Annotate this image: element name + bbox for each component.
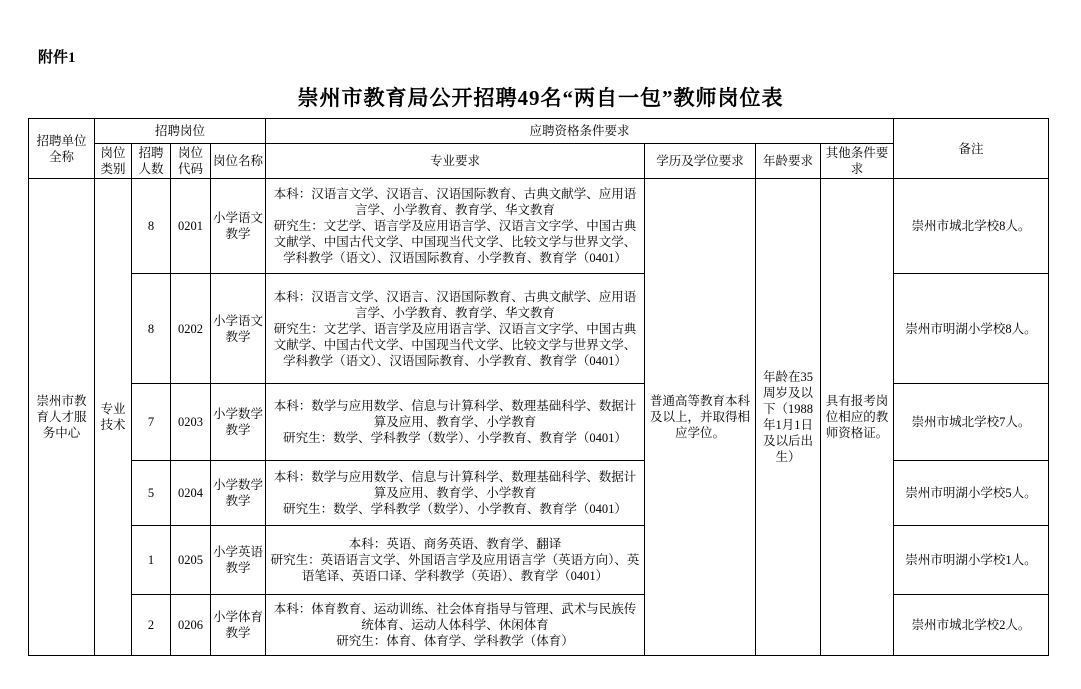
major-requirement-cell: 本科：体育教育、运动训练、社会体育指导与管理、武术与民族传统体育、运动人体科学、… (266, 595, 645, 656)
table-row: 5 0204 小学数学教学 本科：数学与应用数学、信息与计算科学、数理基础科学、… (29, 461, 1049, 526)
col-header-count: 招聘人数 (132, 144, 171, 179)
document-title: 崇州市教育局公开招聘49名“两自一包”教师岗位表 (0, 82, 1081, 112)
category-cell: 专业技术 (95, 179, 132, 656)
job-name-cell: 小学语文教学 (211, 274, 266, 384)
count-cell: 7 (132, 384, 171, 461)
major-requirement-cell: 本科：汉语言文学、汉语言、汉语国际教育、古典文献学、应用语言学、小学教育、教育学… (266, 179, 645, 274)
job-name-cell: 小学英语教学 (211, 526, 266, 595)
remark-cell: 崇州市城北学校2人。 (894, 595, 1049, 656)
count-cell: 8 (132, 274, 171, 384)
table-row: 崇州市教育人才服务中心 专业技术 8 0201 小学语文教学 本科：汉语言文学、… (29, 179, 1049, 274)
unit-name-cell: 崇州市教育人才服务中心 (29, 179, 95, 656)
job-name-cell: 小学体育教学 (211, 595, 266, 656)
count-cell: 8 (132, 179, 171, 274)
age-requirement-cell: 年龄在35周岁及以下（1988年1月1日及以后出生） (756, 179, 821, 656)
remark-cell: 崇州市城北学校8人。 (894, 179, 1049, 274)
col-header-category: 岗位类别 (95, 144, 132, 179)
col-header-education: 学历及学位要求 (645, 144, 756, 179)
count-cell: 1 (132, 526, 171, 595)
code-cell: 0205 (171, 526, 211, 595)
table-row: 1 0205 小学英语教学 本科：英语、商务英语、教育学、翻译 研究生：英语语言… (29, 526, 1049, 595)
header-row-group: 招聘单位全称 招聘岗位 应聘资格条件要求 备注 (29, 119, 1049, 144)
col-header-major: 专业要求 (266, 144, 645, 179)
table-row: 8 0202 小学语文教学 本科：汉语言文学、汉语言、汉语国际教育、古典文献学、… (29, 274, 1049, 384)
code-cell: 0203 (171, 384, 211, 461)
col-header-other: 其他条件要求 (821, 144, 894, 179)
document-page: 附件1 崇州市教育局公开招聘49名“两自一包”教师岗位表 招聘单位全称 招聘岗位… (0, 0, 1081, 689)
job-name-cell: 小学数学教学 (211, 461, 266, 526)
table-row: 7 0203 小学数学教学 本科：数学与应用数学、信息与计算科学、数理基础科学、… (29, 384, 1049, 461)
job-name-cell: 小学数学教学 (211, 384, 266, 461)
col-header-remark: 备注 (894, 119, 1049, 179)
count-cell: 5 (132, 461, 171, 526)
col-header-name: 岗位名称 (211, 144, 266, 179)
remark-cell: 崇州市城北学校7人。 (894, 384, 1049, 461)
col-header-unit: 招聘单位全称 (29, 119, 95, 179)
code-cell: 0206 (171, 595, 211, 656)
education-requirement-cell: 普通高等教育本科及以上，并取得相应学位。 (645, 179, 756, 656)
remark-cell: 崇州市明湖小学校8人。 (894, 274, 1049, 384)
code-cell: 0201 (171, 179, 211, 274)
major-requirement-cell: 本科：英语、商务英语、教育学、翻译 研究生：英语语言文学、外国语言学及应用语言学… (266, 526, 645, 595)
col-header-job-group: 招聘岗位 (95, 119, 266, 144)
major-requirement-cell: 本科：汉语言文学、汉语言、汉语国际教育、古典文献学、应用语言学、小学教育、教育学… (266, 274, 645, 384)
major-requirement-cell: 本科：数学与应用数学、信息与计算科学、数理基础科学、数据计算及应用、教育学、小学… (266, 384, 645, 461)
recruitment-table: 招聘单位全称 招聘岗位 应聘资格条件要求 备注 岗位类别 招聘人数 岗位代码 岗… (28, 118, 1049, 656)
remark-cell: 崇州市明湖小学校5人。 (894, 461, 1049, 526)
table-row: 2 0206 小学体育教学 本科：体育教育、运动训练、社会体育指导与管理、武术与… (29, 595, 1049, 656)
col-header-code: 岗位代码 (171, 144, 211, 179)
major-requirement-cell: 本科：数学与应用数学、信息与计算科学、数理基础科学、数据计算及应用、教育学、小学… (266, 461, 645, 526)
count-cell: 2 (132, 595, 171, 656)
col-header-qualification-group: 应聘资格条件要求 (266, 119, 894, 144)
code-cell: 0202 (171, 274, 211, 384)
remark-cell: 崇州市明湖小学校1人。 (894, 526, 1049, 595)
other-requirement-cell: 具有报考岗位相应的教师资格证。 (821, 179, 894, 656)
col-header-age: 年龄要求 (756, 144, 821, 179)
code-cell: 0204 (171, 461, 211, 526)
job-name-cell: 小学语文教学 (211, 179, 266, 274)
attachment-label: 附件1 (38, 46, 76, 67)
